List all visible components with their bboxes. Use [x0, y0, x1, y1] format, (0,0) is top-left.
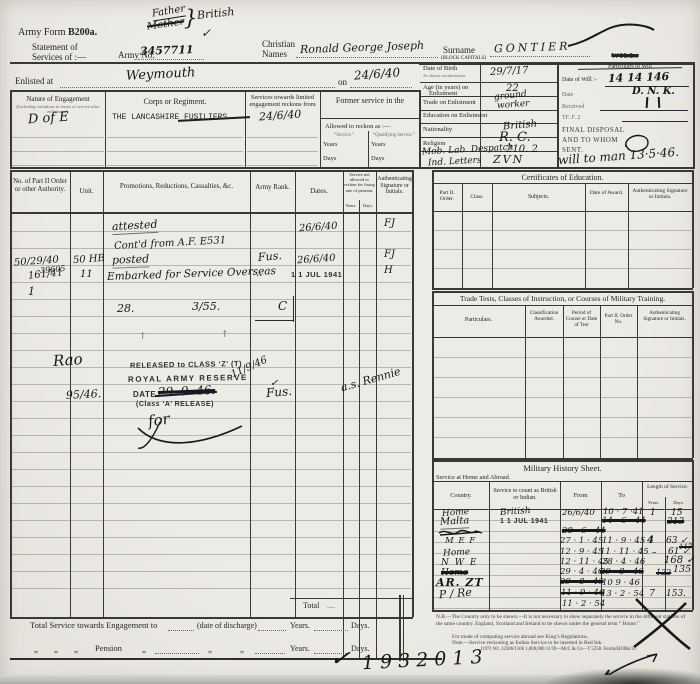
mhs-to-struck: 29 - 8 - 46: [600, 568, 644, 578]
ind-letters-value: ZVN: [493, 154, 524, 167]
rule: [10, 90, 420, 92]
pen-bracket: [293, 296, 294, 322]
nb-line1: N.B.—The Country only to be shewn.—It is…: [436, 614, 612, 620]
ruled-lines: [434, 338, 691, 456]
check-flourish-icon: [566, 24, 656, 50]
cert-head-subjects: Subjects.: [494, 194, 583, 201]
trade-label: Trade on Enlistment: [423, 99, 476, 106]
mhs-head-from: From: [560, 492, 601, 499]
nature-label: Nature of Engagement: [12, 95, 104, 103]
trade-head-particulars: Particulars.: [434, 317, 523, 324]
mhs-title: Military History Sheet.: [432, 464, 693, 474]
nb-line5: Note.—Service reckoning as Indian Servic…: [452, 640, 603, 646]
rule: [420, 137, 557, 138]
col-head-auth: Authenticating Signature or Initials.: [377, 176, 412, 196]
ditto-quote: „: [142, 644, 146, 654]
leader: [296, 57, 438, 58]
rule: [290, 598, 413, 599]
entry-355: 3/55.: [192, 301, 220, 314]
leader: [60, 87, 335, 88]
will-date-value: D. N. K.: [632, 86, 675, 98]
entry-rank-fus2: Fus.: [265, 385, 292, 401]
pen-line: [600, 110, 688, 111]
rule: [412, 170, 414, 617]
dob-sub: As shown on attestation.: [423, 73, 466, 78]
col-head-rank: Army Rank.: [253, 183, 292, 191]
final-disposal-2: AND TO WHOM: [562, 136, 618, 144]
rule: [320, 90, 321, 169]
col-head-order: No. of Part II Order or other Authority.: [12, 178, 68, 194]
entry-order-9546: 95/46.: [66, 388, 102, 402]
christian-value: Ronald George Joseph: [300, 40, 425, 57]
trade-head-classification: Classifica­tion Awarded.: [527, 311, 561, 323]
final-disposal-1: FINAL DISPOSAL: [562, 126, 625, 134]
cert-head-auth: Authenticating Signature or Initials.: [630, 188, 690, 201]
ruled-lines: [107, 124, 243, 167]
ditto-quote: „: [74, 644, 78, 654]
entry-rao: Rao: [52, 351, 83, 370]
leader: [314, 630, 348, 631]
leader: [350, 87, 412, 88]
mhs-country: N W E: [441, 558, 478, 568]
days-label: Days: [323, 155, 336, 162]
rule: [432, 291, 693, 293]
col-head-dates: Dates.: [297, 187, 341, 195]
leader: [258, 630, 286, 631]
service-col-head: “Service.”: [322, 133, 366, 139]
rule: [557, 63, 559, 167]
trade-table-title: Trade Tests, Classes of Instruction, or …: [432, 295, 693, 304]
pen-line: [622, 121, 688, 122]
entry-attested: attested: [112, 219, 158, 235]
mhs-to: 10 9 · 46: [602, 579, 640, 589]
total-engagement-label: Total Service towards Engagement to: [30, 621, 157, 631]
will-date-label: Date: [562, 92, 573, 99]
mhs-jul41-stamp: 1 1 JUL 1941: [500, 518, 548, 526]
rule: [10, 617, 413, 619]
mhs-days-struck: 122: [656, 568, 671, 577]
surname-value: GONTIER: [494, 41, 571, 56]
pen-x-mark-icon: [630, 595, 694, 653]
enlisted-on-label: on: [338, 77, 347, 87]
surname-caps-note: (BLOCK CAPITALS): [441, 56, 486, 62]
entry-rank-fus: Fus.: [257, 250, 282, 265]
pen-stroke: [646, 97, 648, 108]
leader: [155, 653, 199, 654]
statement-line2: Services of :—: [32, 52, 86, 62]
entry-rank-c: C: [278, 300, 287, 314]
entry-posted: posted: [112, 253, 150, 268]
will-line4: TF. F. 2: [562, 115, 580, 122]
pension-label: Pension: [95, 644, 122, 654]
release-stamp-line3: (Class ‘A’ RELEASE): [136, 401, 214, 409]
discharge-note: (date of discharge): [197, 621, 257, 630]
form-number: Army Form B200a.: [18, 27, 97, 39]
mhs-head-service-as: Service to count as British or Indian.: [491, 488, 559, 502]
rule: [432, 460, 693, 462]
mhs-from: 27 · 1 · 45: [560, 537, 603, 547]
ditto-quote: „: [208, 644, 212, 654]
rule: [10, 167, 420, 169]
ruled-lines: [12, 124, 104, 167]
allowed-reckon-label: Allowed to reckon as :—: [325, 123, 390, 130]
ruled-lines: [247, 124, 318, 167]
age-label2: Enlistment: [429, 90, 457, 97]
nationality-label: Nationality: [423, 126, 452, 133]
ruled-lines: [434, 212, 691, 287]
col-head-pension: Service not allowed to reckon for fixing…: [344, 172, 375, 193]
pen-bracket: [255, 320, 294, 321]
enlisted-date: 24/6/40: [354, 66, 401, 83]
hw-number-1932013: 1932013: [362, 647, 490, 675]
ink-smudge: [545, 668, 700, 684]
total-years-label: Years.: [290, 621, 310, 630]
mhs-service-as: British: [500, 506, 531, 518]
pen-mark-2: ↑: [221, 330, 229, 340]
mhs-head-years: Years.: [642, 500, 665, 505]
annotation-check-icon: ✓: [201, 27, 211, 41]
reckon-label: Services towards limited engagement reck…: [247, 94, 318, 109]
reckon-value: 24/6/40: [259, 109, 302, 125]
pension-years-label: Years.: [290, 644, 310, 653]
mhs-country: M E F: [445, 537, 476, 547]
rule: [245, 90, 246, 169]
ditto-quote: „: [54, 644, 58, 654]
former-service-label: Former service in the: [322, 96, 418, 105]
embarked-date-stamp: 1 1 JUL 1941: [291, 271, 342, 280]
rule: [420, 82, 557, 83]
rule: [432, 288, 693, 290]
form-number-value: B200a.: [68, 27, 97, 38]
rule: [368, 131, 369, 167]
total-days-label: Days.: [351, 621, 369, 630]
army-no-value: 3457711: [140, 44, 194, 59]
pen-mark-1: ↑: [139, 332, 147, 342]
leader: [490, 56, 590, 57]
mhs-to-struck: 14 - 6 - 44: [602, 517, 646, 527]
leader: [138, 59, 204, 60]
mhs-head-country: Country.: [434, 492, 488, 499]
corps-label: Corps or Regiment.: [107, 97, 243, 106]
release-date-label: DATE: [133, 390, 156, 399]
annotation-british: British: [196, 6, 235, 22]
trade-head-auth: Authenticating Signature or Initials.: [639, 311, 690, 323]
col-head-unit: Unit.: [71, 187, 102, 195]
mhs-from-struck: 29 - 8 - 46: [560, 578, 604, 588]
rule: [320, 118, 419, 119]
date-of-will-value: 14 14 146: [608, 71, 670, 86]
years-label: Years: [371, 141, 386, 148]
leader: [255, 653, 285, 654]
rule: [692, 291, 694, 458]
christian-label1: Christian: [262, 39, 295, 49]
dob-label: Date of Birth: [423, 65, 457, 72]
rule: [432, 481, 693, 482]
mhs-head-to: To: [601, 492, 642, 499]
rule: [432, 170, 693, 172]
entry-posted-initials: FJ: [384, 249, 395, 261]
mhs-years: 1: [650, 508, 656, 518]
mhs-head-days: Days.: [665, 500, 692, 505]
surname-label: Surname: [443, 45, 475, 55]
cert-head-class: Class.: [463, 194, 491, 200]
rule: [419, 167, 695, 169]
form-number-label: Army Form: [18, 27, 66, 38]
nb-line3: be shewn under the general term “ Home.”: [547, 621, 639, 627]
mhs-years: –: [652, 548, 657, 558]
scanned-army-form-b200a: Army Form B200a. Statement of Services o…: [0, 0, 700, 684]
col-head-promotions: Promotions, Reductions, Casualties, &c.: [110, 182, 243, 190]
mhs-days-struck: 313: [667, 517, 684, 527]
rule: [420, 110, 557, 111]
pen-flourish-icon: [130, 420, 250, 452]
rule: [419, 90, 421, 169]
trade-head-part2-order: Part II. Order No.: [602, 314, 635, 326]
days-label: Days: [371, 155, 384, 162]
mhs-to: 11 · 9 · 45: [602, 537, 645, 547]
pen-check-icon: ✓: [328, 644, 352, 674]
date-of-will-label: Date of Will :-: [562, 77, 597, 84]
mhs-from-struck: 11 · 9 · 46: [561, 589, 604, 599]
mhs-from2: 11 · 2 · 54: [562, 600, 605, 610]
will-title: WILL.: [590, 52, 660, 61]
entry-unit-11: 11: [80, 269, 93, 281]
rule: [693, 63, 695, 167]
mhs-days: 135: [673, 565, 691, 576]
cert-head-part2: Part II. Order.: [434, 190, 460, 203]
rule: [692, 170, 694, 288]
entry-28: 28.: [117, 303, 135, 316]
enlisted-place: Weymouth: [126, 66, 196, 85]
ditto-quote: „: [34, 644, 38, 654]
rule: [692, 460, 694, 610]
rule: [105, 90, 106, 169]
ditto-quote: „: [240, 644, 244, 654]
cert-table-title: Certificates of Education.: [432, 173, 693, 182]
received-label: Received: [562, 104, 584, 111]
mhs-head-length: Length of Service.: [644, 484, 691, 490]
entry-rank-ditto: ..: [256, 268, 262, 280]
table-total-label: Total: [303, 601, 319, 610]
entry-unit-50hb: 50 HB: [73, 253, 106, 267]
years-label: Years: [323, 141, 338, 148]
mhs-from: 26/6/40: [562, 509, 595, 519]
col-head-pension-days: Days.: [360, 204, 376, 209]
dob-value: 29/7/17: [490, 65, 529, 79]
qualifying-col-head: “Qualifying Service.”: [370, 133, 418, 139]
cert-head-date-award: Date of Award.: [587, 190, 626, 196]
leader: [168, 630, 194, 631]
annotation-brace: }: [184, 6, 197, 30]
rule: [432, 183, 693, 184]
entry-order-1: 1: [28, 286, 35, 299]
enlisted-at-label: Enlisted at: [15, 76, 53, 86]
entry-attested-initials: FJ: [384, 218, 395, 230]
table-total-dots: ....: [327, 601, 335, 610]
entry-embarked-initials: H: [384, 265, 393, 277]
trade-head-period: Period of Course or Date of Test: [565, 311, 598, 329]
pen-stroke: [658, 97, 660, 108]
col-head-pension-years: Years.: [343, 204, 359, 209]
mhs-years: 4: [647, 535, 654, 547]
education-label: Education on Enlistment: [423, 112, 487, 119]
christian-label2: Names: [262, 49, 287, 59]
statement-line1: Statement of: [32, 42, 78, 52]
